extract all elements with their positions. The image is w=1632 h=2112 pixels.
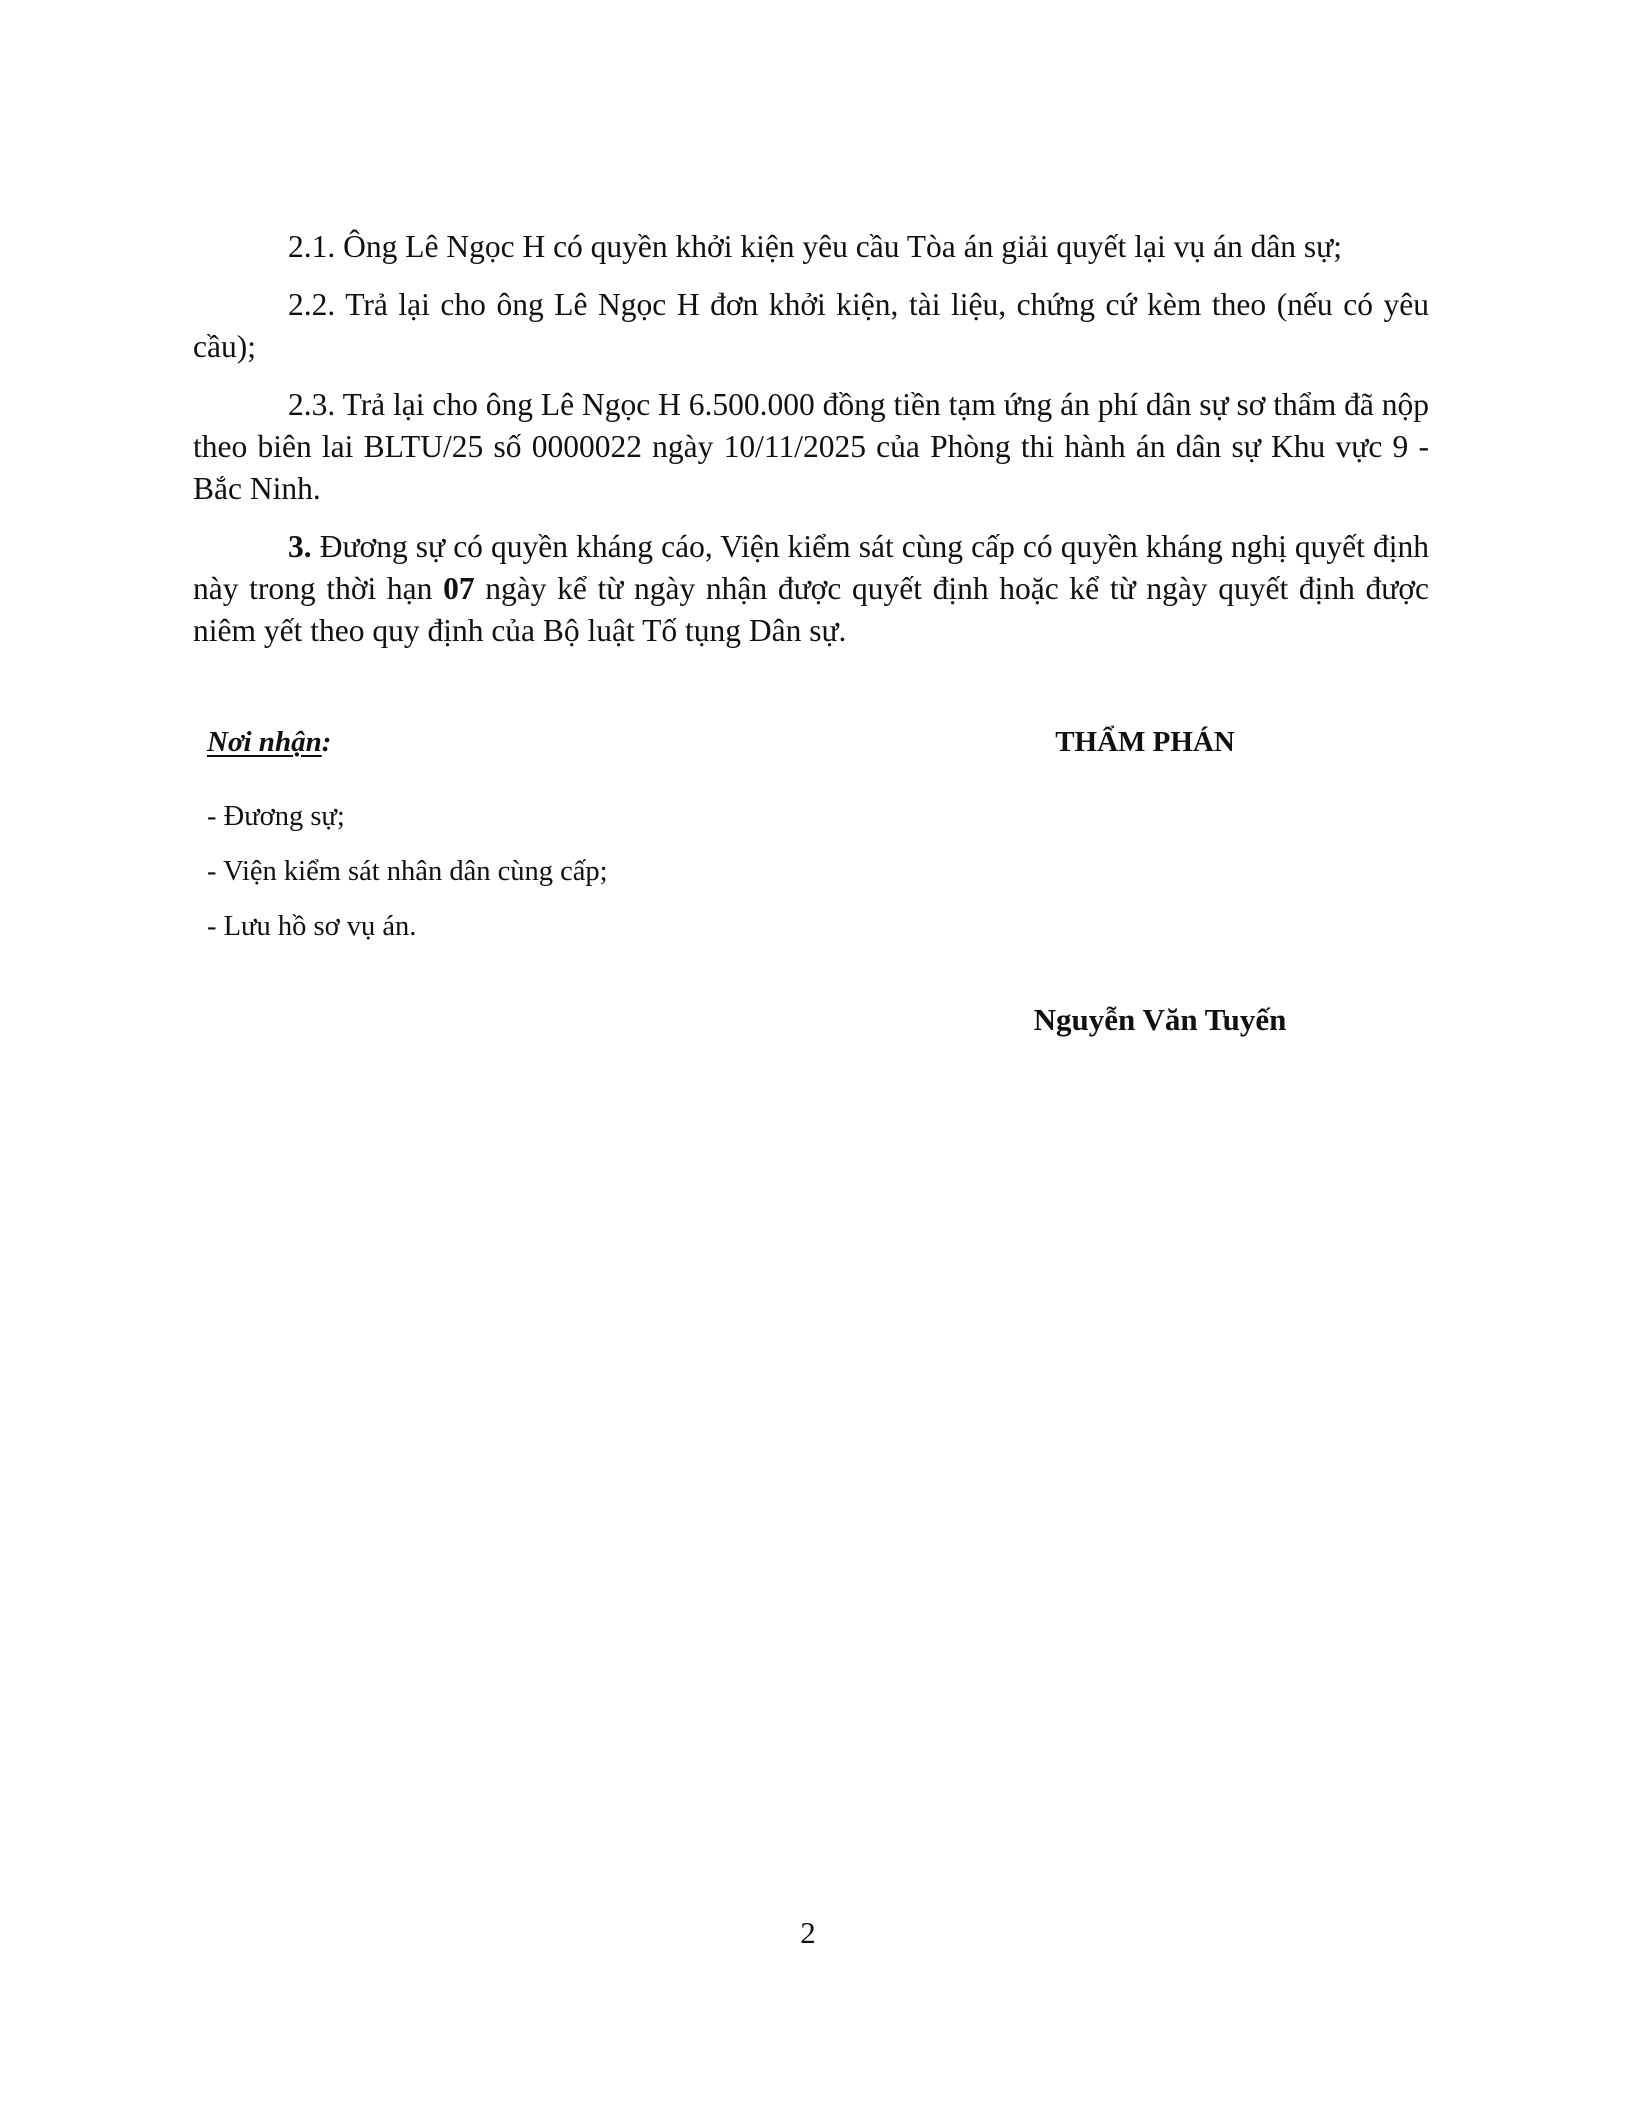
paragraph-2-3: 2.3. Trả lại cho ông Lê Ngọc H 6.500.000…: [193, 384, 1429, 510]
decision-body: 2.1. Ông Lê Ngọc H có quyền khởi kiện yê…: [193, 226, 1429, 668]
paragraph-text: Trả lại cho ông Lê Ngọc H đơn khởi kiện,…: [193, 287, 1429, 364]
recipients-title-colon: :: [322, 726, 332, 758]
paragraph-number: 2.3.: [288, 387, 335, 422]
recipients-title: Nơi nhận:: [207, 722, 807, 762]
recipients-title-label: Nơi nhận: [207, 726, 322, 758]
paragraph-text: Trả lại cho ông Lê Ngọc H 6.500.000 đồng…: [193, 387, 1429, 506]
page-number: 2: [776, 1912, 840, 1954]
appeal-deadline-days: 07: [443, 571, 475, 606]
signer-title: THẨM PHÁN: [955, 722, 1335, 762]
signer-name: Nguyễn Văn Tuyến: [970, 999, 1350, 1041]
paragraph-number: 2.2.: [288, 287, 335, 322]
recipients-block: Nơi nhận: - Đương sự; - Viện kiểm sát nh…: [207, 722, 807, 954]
paragraph-text: Ông Lê Ngọc H có quyền khởi kiện yêu cầu…: [343, 229, 1342, 264]
paragraph-2-2: 2.2. Trả lại cho ông Lê Ngọc H đơn khởi …: [193, 284, 1429, 368]
paragraph-3: 3. Đương sự có quyền kháng cáo, Viện kiể…: [193, 526, 1429, 652]
paragraph-number: 2.1.: [288, 229, 335, 264]
recipient-item: - Viện kiểm sát nhân dân cùng cấp;: [207, 844, 807, 899]
paragraph-2-1: 2.1. Ông Lê Ngọc H có quyền khởi kiện yê…: [193, 226, 1429, 268]
paragraph-number: 3.: [288, 529, 312, 564]
recipient-item: - Lưu hồ sơ vụ án.: [207, 899, 807, 954]
recipient-item: - Đương sự;: [207, 789, 807, 844]
document-page: 2.1. Ông Lê Ngọc H có quyền khởi kiện yê…: [0, 0, 1632, 2112]
